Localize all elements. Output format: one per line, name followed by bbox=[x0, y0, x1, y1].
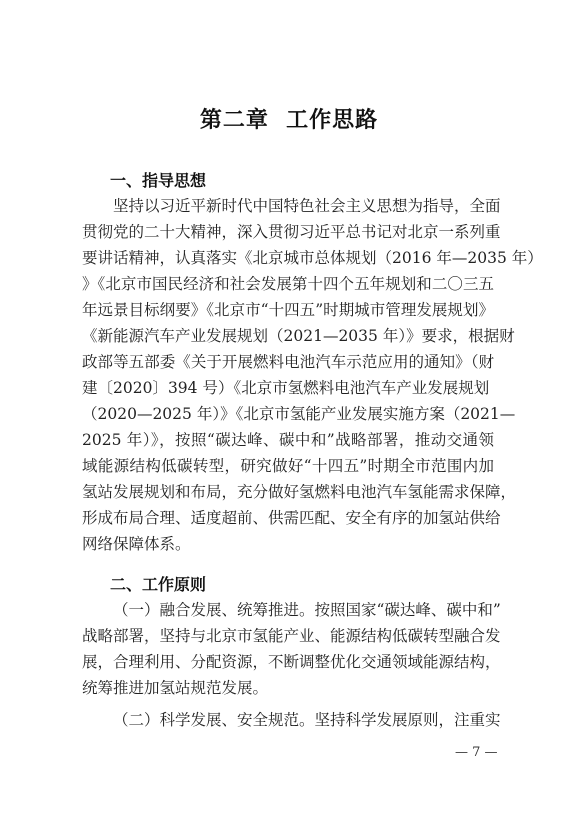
chapter-title: 第二章 工作思路 bbox=[0, 103, 578, 134]
paragraph-line: 年远景目标纲要》《北京市“十四五”时期城市管理发展规划》 bbox=[82, 300, 494, 320]
page-number: — 7 — bbox=[455, 745, 498, 760]
paragraph-line: 战略部署，坚持与北京市氢能产业、能源结构低碳转型融合发 bbox=[82, 626, 494, 646]
paragraph-line: 域能源结构低碳转型，研究做好“十四五”时期全市范围内加 bbox=[82, 456, 494, 476]
paragraph-line: 形成布局合理、适度超前、供需匹配、安全有序的加氢站供给 bbox=[82, 508, 494, 528]
paragraph-line: 展，合理利用、分配资源，不断调整优化交通领域能源结构， bbox=[82, 652, 494, 672]
paragraph-line: （2020—2025 年）》《北京市氢能产业发展实施方案（2021— bbox=[82, 404, 494, 424]
section-heading-work-principles: 二、工作原则 bbox=[110, 572, 206, 595]
paragraph-line: 网络保障体系。 bbox=[82, 534, 494, 554]
paragraph-line: （一）融合发展、统筹推进。按照国家“碳达峰、碳中和” bbox=[113, 600, 494, 620]
paragraph-line: 统筹推进加氢站规范发展。 bbox=[82, 678, 494, 698]
paragraph-line: 贯彻党的二十大精神，深入贯彻习近平总书记对北京一系列重 bbox=[82, 222, 494, 242]
paragraph-line: 坚持以习近平新时代中国特色社会主义思想为指导，全面 bbox=[113, 196, 494, 216]
paragraph-line: 《新能源汽车产业发展规划（2021—2035 年）》要求，根据财 bbox=[82, 326, 494, 346]
paragraph-line: 氢站发展规划和布局，充分做好氢燃料电池汽车氢能需求保障， bbox=[82, 482, 494, 502]
paragraph-line: 》《北京市国民经济和社会发展第十四个五年规划和二〇三五 bbox=[82, 274, 494, 294]
section-heading-guiding-ideology: 一、指导思想 bbox=[110, 168, 206, 191]
paragraph-line: 政部等五部委《关于开展燃料电池汽车示范应用的通知》（财 bbox=[82, 352, 494, 372]
document-page: 第二章 工作思路 一、指导思想 坚持以习近平新时代中国特色社会主义思想为指导，全… bbox=[0, 0, 578, 818]
paragraph-line: 要讲话精神，认真落实《北京城市总体规划（2016 年—2035 年） bbox=[82, 248, 494, 268]
paragraph-line: （二）科学发展、安全规范。坚持科学发展原则，注重实 bbox=[113, 710, 494, 730]
paragraph-line: 2025 年）》，按照“碳达峰、碳中和”战略部署，推动交通领 bbox=[82, 430, 494, 450]
paragraph-line: 建〔2020〕394 号）《北京市氢燃料电池汽车产业发展规划 bbox=[82, 378, 494, 398]
